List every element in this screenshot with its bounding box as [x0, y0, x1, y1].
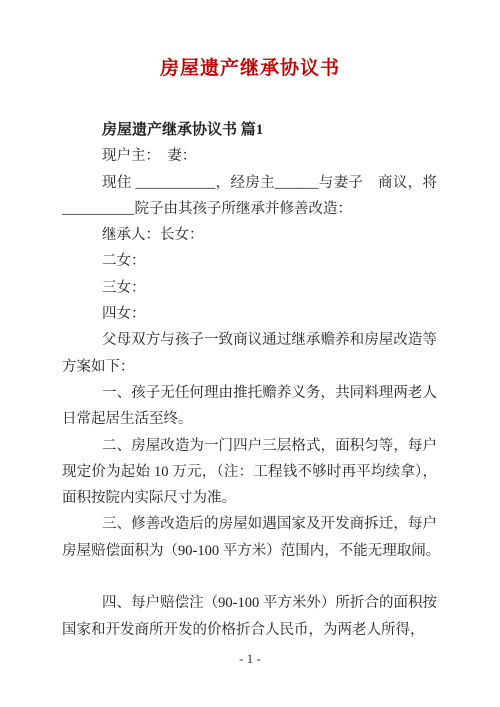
document-line: 日常起居生活至终。 — [62, 406, 437, 432]
document-line: 面积按院内实际尺寸为准。 — [62, 485, 437, 511]
page-number: - 1 - — [0, 651, 500, 667]
document-line: 三、修善改造后的房屋如遇国家及开发商拆迁，每户 — [62, 511, 437, 537]
document-line: 继承人：长女： — [62, 222, 437, 248]
document-line: 一、孩子无任何理由推托赡养义务，共同料理两老人 — [62, 380, 437, 406]
document-line: 四、每户赔偿注（90-100 平方米外）所折合的面积按 — [62, 590, 437, 616]
document-page: 房屋遗产继承协议书 房屋遗产继承协议书 篇1 现户主： 妻：现住 _______… — [0, 0, 500, 707]
document-line — [62, 564, 437, 590]
document-line: 二、房屋改造为一门四户三层格式，面积匀等，每户 — [62, 433, 437, 459]
document-line: 四女： — [62, 301, 437, 327]
document-line: 方案如下： — [62, 354, 437, 380]
document-body: 房屋遗产继承协议书 篇1 现户主： 妻：现住 ___________，经房主__… — [62, 117, 437, 643]
document-line: 三女： — [62, 275, 437, 301]
document-heading: 房屋遗产继承协议书 篇1 — [62, 117, 437, 143]
document-line: __________院子由其孩子所继承并修善改造： — [62, 196, 437, 222]
document-line: 国家和开发商所开发的价格折合人民币，为两老人所得， — [62, 617, 437, 643]
document-title: 房屋遗产继承协议书 — [0, 57, 500, 81]
document-line: 现住 ___________，经房主______与妻子 商议，将 — [62, 170, 437, 196]
document-line: 现户主： 妻： — [62, 143, 437, 169]
document-line: 现定价为起始 10 万元，（注：工程钱不够时再平均续拿）， — [62, 459, 437, 485]
document-line: 房屋赔偿面积为（90-100 平方米）范围内，不能无理取闹。 — [62, 538, 437, 564]
document-line: 父母双方与孩子一致商议通过继承赡养和房屋改造等 — [62, 327, 437, 353]
document-line: 二女： — [62, 248, 437, 274]
